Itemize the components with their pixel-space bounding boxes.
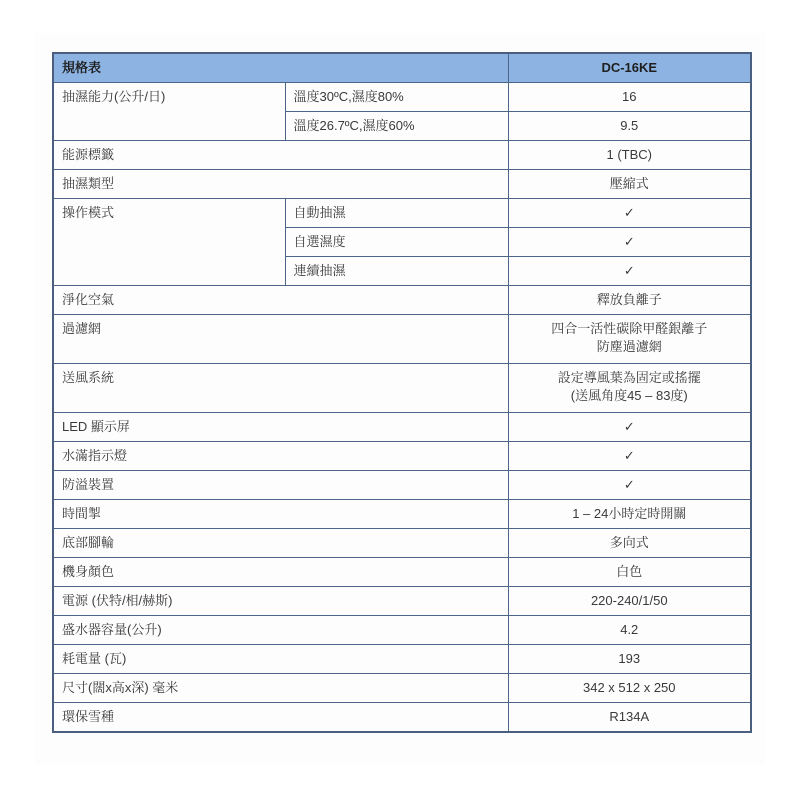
check-icon: ✓ (508, 228, 751, 257)
capacity-value-1: 16 (508, 83, 751, 112)
check-icon: ✓ (508, 471, 751, 500)
table-row: 耗電量 (瓦) 193 (53, 645, 751, 674)
airflow-line-1: 設定導風葉為固定或搖擺 (517, 369, 743, 387)
row-value-timer: 1 – 24小時定時開關 (508, 500, 751, 529)
check-icon: ✓ (508, 442, 751, 471)
table-row: 防溢裝置 ✓ (53, 471, 751, 500)
table-row: 抽濕能力(公升/日) 溫度30ºC,濕度80% 16 (53, 83, 751, 112)
row-label-refrigerant: 環保雪種 (53, 703, 508, 733)
row-value-dimensions: 342 x 512 x 250 (508, 674, 751, 703)
row-label-color: 機身顏色 (53, 558, 508, 587)
capacity-condition-1: 溫度30ºC,濕度80% (285, 83, 508, 112)
row-label-wheels: 底部腳輪 (53, 529, 508, 558)
row-value-power: 220-240/1/50 (508, 587, 751, 616)
row-value-filter: 四合一活性碳除甲醛銀離子 防塵過濾網 (508, 315, 751, 364)
table-row: 機身顏色 白色 (53, 558, 751, 587)
table-row: 電源 (伏特/相/赫斯) 220-240/1/50 (53, 587, 751, 616)
row-value-tank: 4.2 (508, 616, 751, 645)
row-label-dimensions: 尺寸(闊x高x深) 毫米 (53, 674, 508, 703)
check-icon: ✓ (508, 199, 751, 228)
table-row: 淨化空氣 釋放負離子 (53, 286, 751, 315)
row-label-timer: 時間掣 (53, 500, 508, 529)
row-label-modes: 操作模式 (53, 199, 285, 286)
table-row: 盛水器容量(公升) 4.2 (53, 616, 751, 645)
row-label-led: LED 顯示屏 (53, 413, 508, 442)
row-label-type: 抽濕類型 (53, 170, 508, 199)
row-label-water-full: 水滿指示燈 (53, 442, 508, 471)
table-row: 水滿指示燈 ✓ (53, 442, 751, 471)
mode-3: 連續抽濕 (285, 257, 508, 286)
mode-2: 自選濕度 (285, 228, 508, 257)
row-value-refrigerant: R134A (508, 703, 751, 733)
filter-line-1: 四合一活性碳除甲醛銀離子 (517, 320, 743, 338)
row-value-consumption: 193 (508, 645, 751, 674)
header-model: DC-16KE (508, 53, 751, 83)
table-row: 底部腳輪 多向式 (53, 529, 751, 558)
row-label-energy: 能源標籤 (53, 141, 508, 170)
capacity-value-2: 9.5 (508, 112, 751, 141)
row-label-tank: 盛水器容量(公升) (53, 616, 508, 645)
table-row: 尺寸(闊x高x深) 毫米 342 x 512 x 250 (53, 674, 751, 703)
row-label-overflow: 防溢裝置 (53, 471, 508, 500)
filter-line-2: 防塵過濾網 (517, 338, 743, 356)
spec-table: 規格表 DC-16KE 抽濕能力(公升/日) 溫度30ºC,濕度80% 16 溫… (52, 52, 752, 733)
row-value-type: 壓縮式 (508, 170, 751, 199)
check-icon: ✓ (508, 413, 751, 442)
header-label: 規格表 (53, 53, 508, 83)
row-label-filter: 過濾網 (53, 315, 508, 364)
table-row: 抽濕類型 壓縮式 (53, 170, 751, 199)
row-label-airflow: 送風系統 (53, 364, 508, 413)
table-row: 操作模式 自動抽濕 ✓ (53, 199, 751, 228)
row-label-power: 電源 (伏特/相/赫斯) (53, 587, 508, 616)
capacity-condition-2: 溫度26.7ºC,濕度60% (285, 112, 508, 141)
row-value-purify: 釋放負離子 (508, 286, 751, 315)
row-value-energy: 1 (TBC) (508, 141, 751, 170)
row-value-airflow: 設定導風葉為固定或搖擺 (送風角度45 – 83度) (508, 364, 751, 413)
table-row: 時間掣 1 – 24小時定時開關 (53, 500, 751, 529)
table-row: 能源標籤 1 (TBC) (53, 141, 751, 170)
airflow-line-2: (送風角度45 – 83度) (517, 387, 743, 405)
row-value-color: 白色 (508, 558, 751, 587)
mode-1: 自動抽濕 (285, 199, 508, 228)
row-label-purify: 淨化空氣 (53, 286, 508, 315)
table-row: 過濾網 四合一活性碳除甲醛銀離子 防塵過濾網 (53, 315, 751, 364)
row-value-wheels: 多向式 (508, 529, 751, 558)
table-row: LED 顯示屏 ✓ (53, 413, 751, 442)
table-header-row: 規格表 DC-16KE (53, 53, 751, 83)
table-row: 環保雪種 R134A (53, 703, 751, 733)
table-row: 送風系統 設定導風葉為固定或搖擺 (送風角度45 – 83度) (53, 364, 751, 413)
row-label-capacity: 抽濕能力(公升/日) (53, 83, 285, 141)
row-label-consumption: 耗電量 (瓦) (53, 645, 508, 674)
check-icon: ✓ (508, 257, 751, 286)
